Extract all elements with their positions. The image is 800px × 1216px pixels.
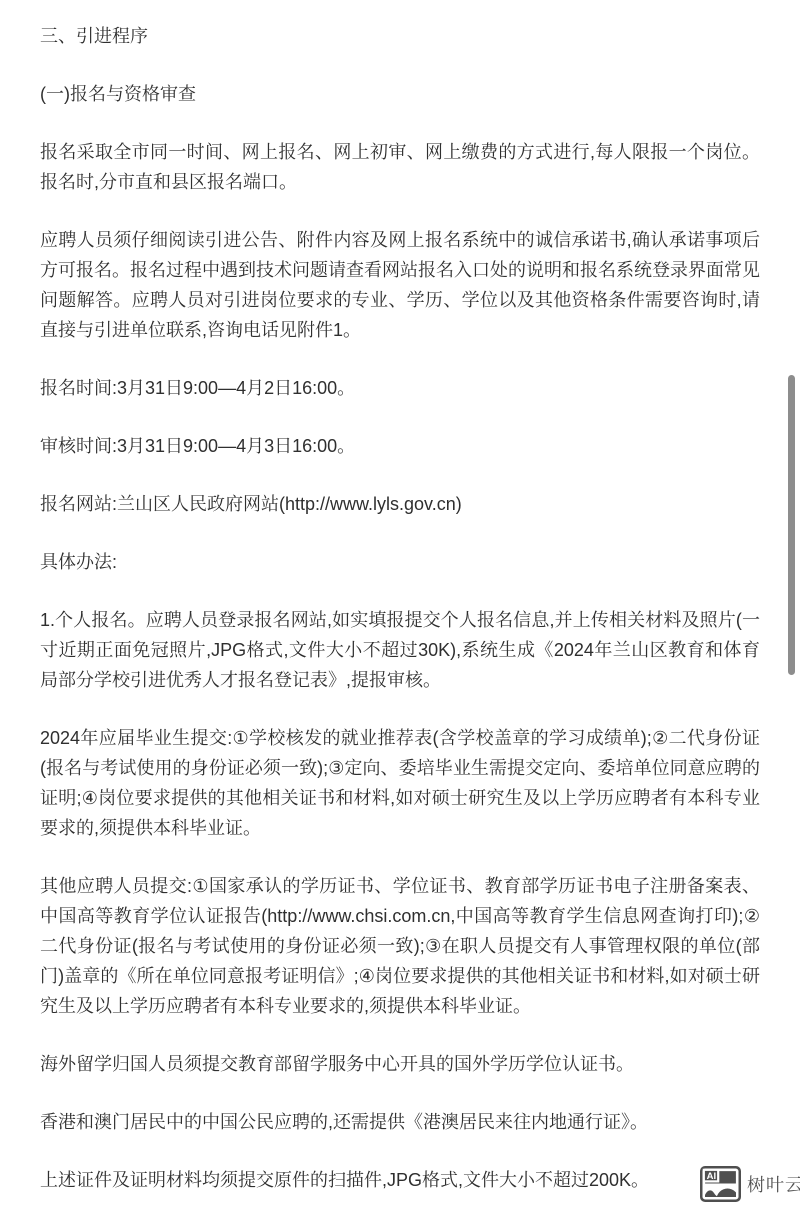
ai-icon-label: AI [707, 1171, 717, 1182]
paragraph-2024-graduates-materials: 2024年应届毕业生提交:①学校核发的就业推荐表(含学校盖章的学习成绩单);②二… [40, 723, 760, 843]
watermark-brand: AI 树叶云 [700, 1166, 800, 1202]
paragraph-registration-method: 报名采取全市同一时间、网上报名、网上初审、网上缴费的方式进行,每人限报一个岗位。… [40, 137, 760, 197]
paragraph-registration-website: 报名网站:兰山区人民政府网站(http://www.lyls.gov.cn) [40, 489, 760, 519]
subsection-heading: (一)报名与资格审查 [40, 79, 760, 109]
paragraph-reading-notice: 应聘人员须仔细阅读引进公告、附件内容及网上报名系统中的诚信承诺书,确认承诺事项后… [40, 225, 760, 345]
paragraph-overseas-returnees: 海外留学归国人员须提交教育部留学服务中心开具的国外学历学位认证书。 [40, 1049, 760, 1079]
watermark-brand-label: 树叶云 [747, 1171, 800, 1197]
scrollbar-thumb[interactable] [788, 375, 795, 675]
paragraph-other-applicants-materials: 其他应聘人员提交:①国家承认的学历证书、学位证书、教育部学历证书电子注册备案表、… [40, 871, 760, 1021]
paragraph-review-time: 审核时间:3月31日9:00—4月3日16:00。 [40, 431, 760, 461]
paragraph-specific-measures-label: 具体办法: [40, 547, 760, 577]
paragraph-registration-time: 报名时间:3月31日9:00—4月2日16:00。 [40, 373, 760, 403]
section-heading: 三、引进程序 [40, 21, 760, 51]
paragraph-hk-macau-residents: 香港和澳门居民中的中国公民应聘的,还需提供《港澳居民来往内地通行证》。 [40, 1107, 760, 1137]
ai-image-icon: AI [700, 1166, 741, 1202]
paragraph-scan-file-requirements: 上述证件及证明材料均须提交原件的扫描件,JPG格式,文件大小不超过200K。 [40, 1165, 760, 1195]
announcement-document: 三、引进程序 (一)报名与资格审查 报名采取全市同一时间、网上报名、网上初审、网… [0, 0, 800, 1195]
paragraph-personal-registration: 1.个人报名。应聘人员登录报名网站,如实填报提交个人报名信息,并上传相关材料及照… [40, 605, 760, 695]
